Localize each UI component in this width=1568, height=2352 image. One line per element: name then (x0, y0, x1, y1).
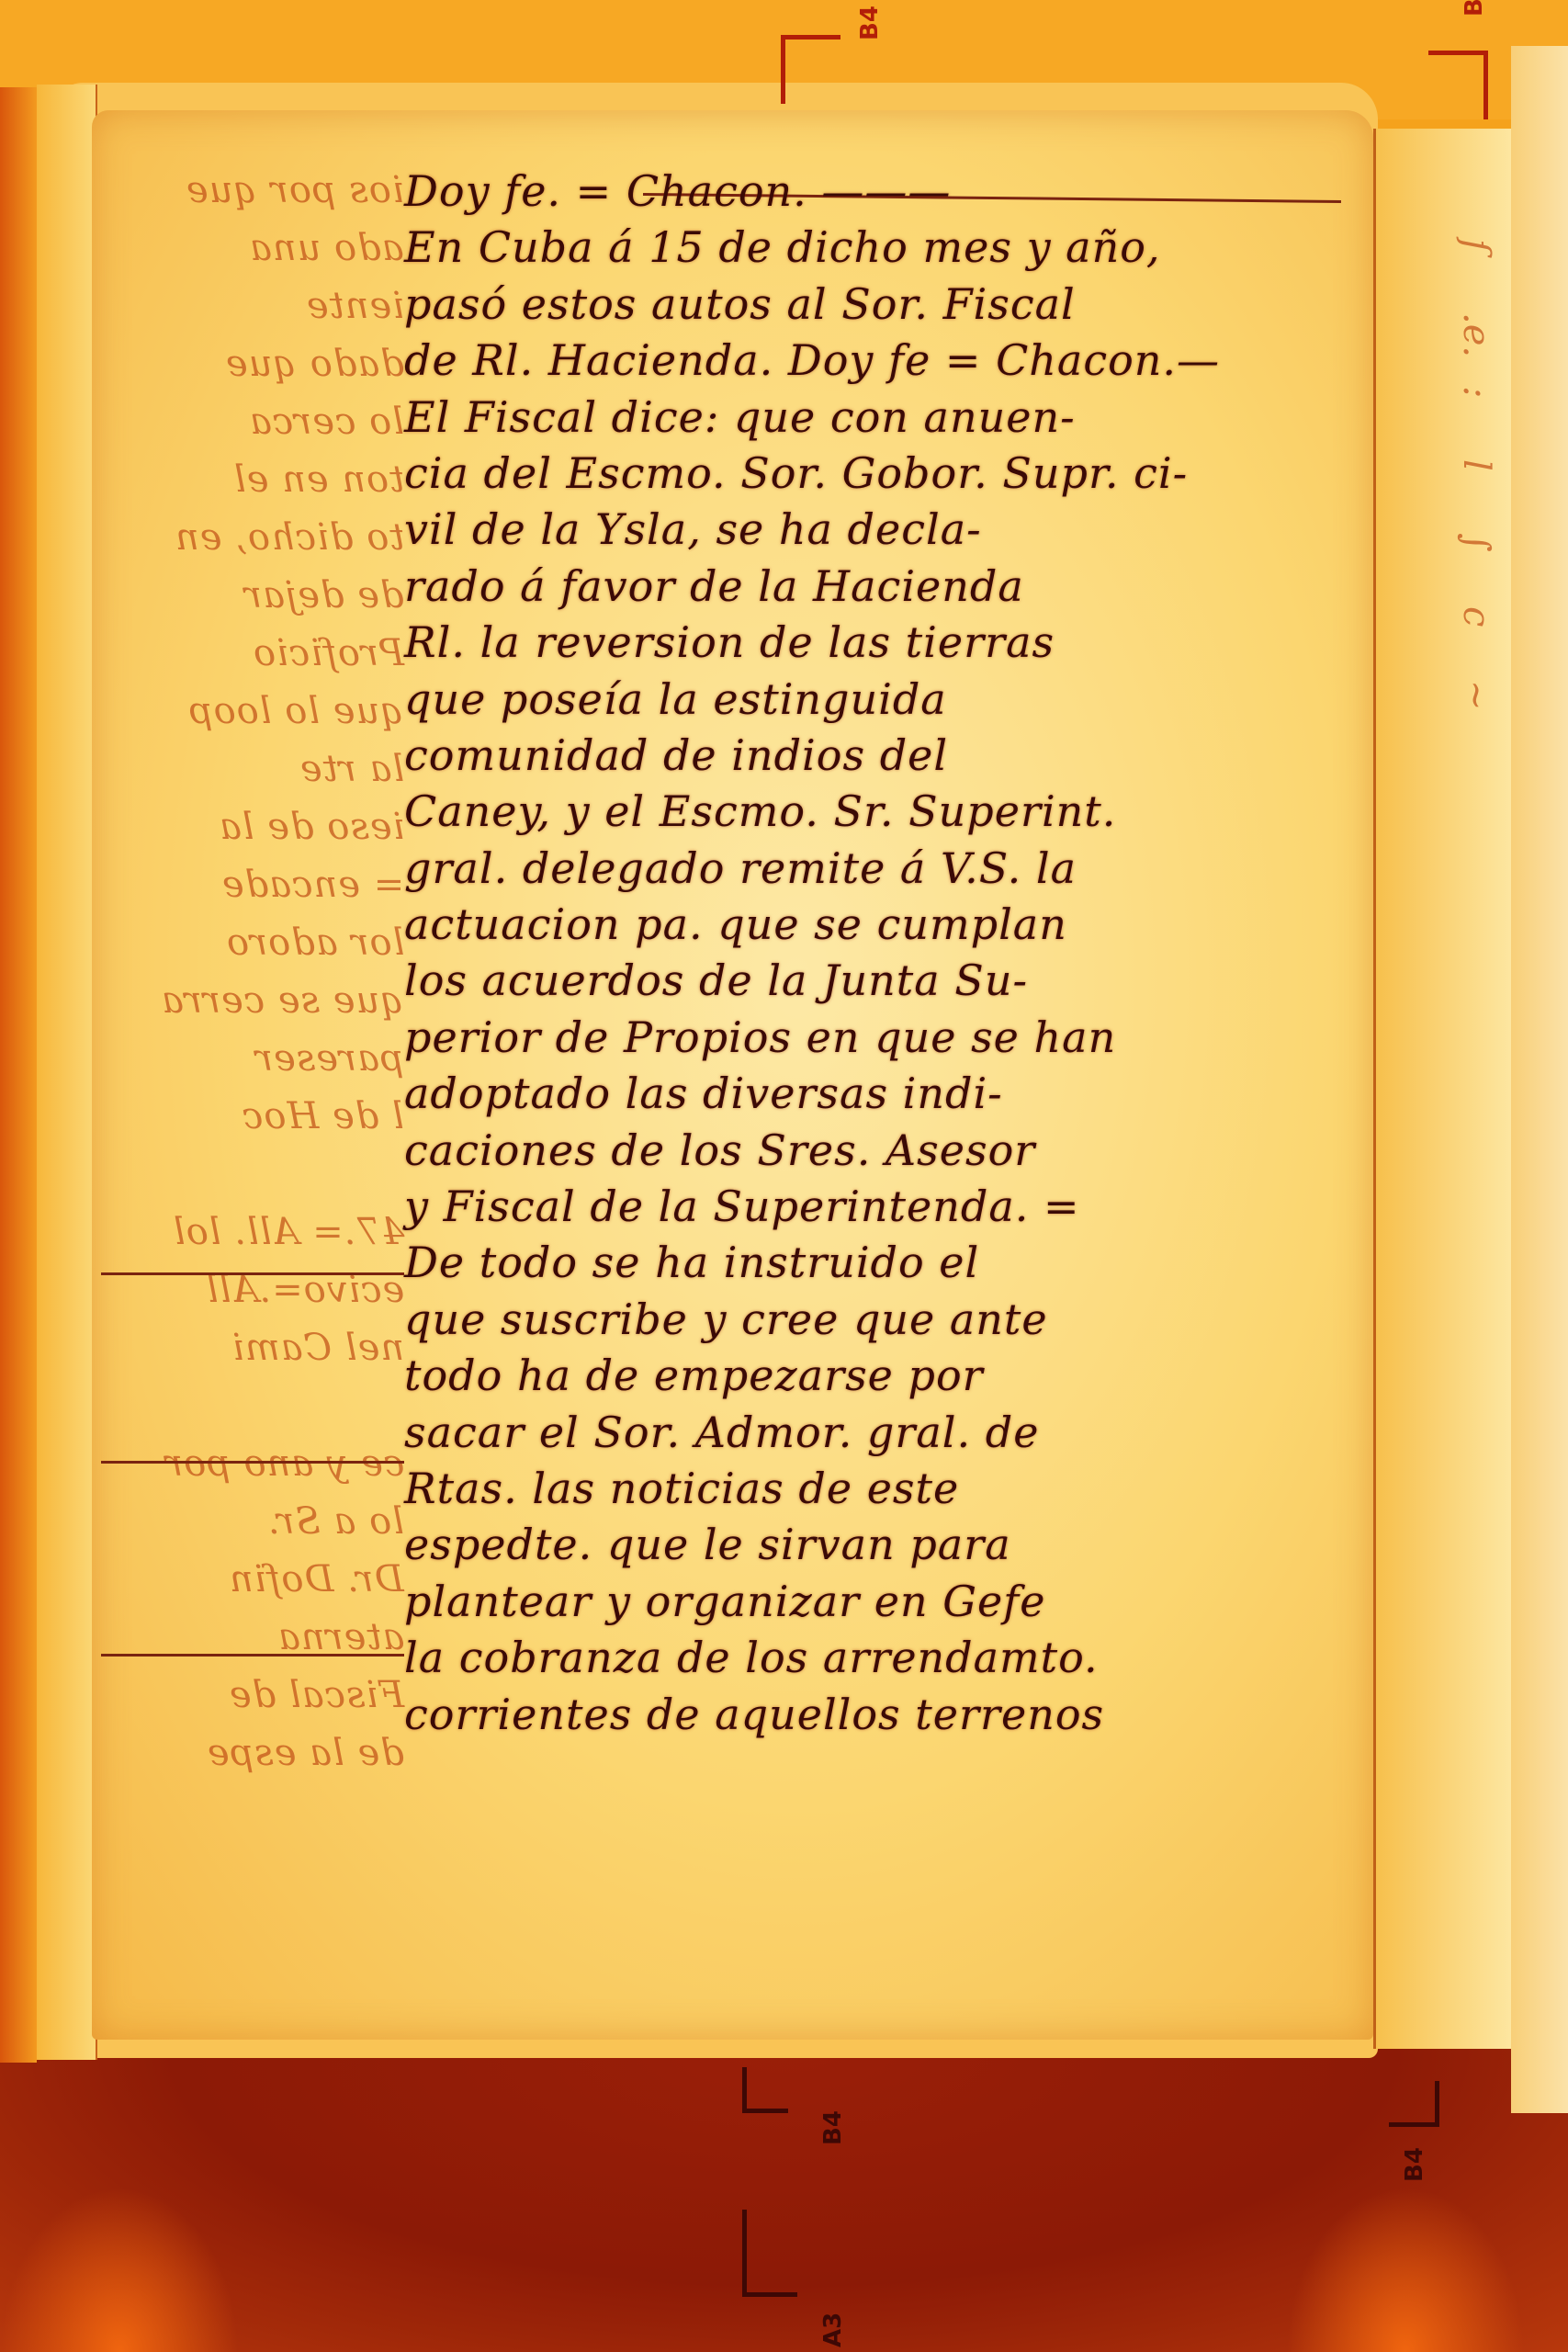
manuscript-line: Doy fe. = Chacon. ——— (404, 164, 1369, 220)
manuscript-line: plantear y organizar en Gefe (404, 1574, 1369, 1630)
manuscript-line: De todo se ha instruido el (404, 1235, 1369, 1291)
manuscript-line: que suscribe y cree que ante (404, 1292, 1369, 1348)
manuscript-line: En Cuba á 15 de dicho mes y año, (404, 220, 1369, 276)
manuscript-line: de Rl. Hacienda. Doy fe = Chacon.— (404, 333, 1369, 389)
facing-page-edge (37, 85, 97, 2060)
frame-label-bottom-left-b4: B4 (819, 2110, 847, 2145)
frame-marker-top-left (781, 35, 840, 104)
manuscript-line: adoptado las diversas indi- (404, 1066, 1369, 1122)
manuscript-line: actuacion pa. que se cumplan (404, 897, 1369, 953)
manuscript-line: gral. delegado remite á V.S. la (404, 841, 1369, 897)
manuscript-line: rado á favor de la Hacienda (404, 559, 1369, 615)
manuscript-line: Caney, y el Escmo. Sr. Superint. (404, 784, 1369, 840)
manuscript-line: los acuerdos de la Junta Su- (404, 953, 1369, 1009)
bleed-rule-line (101, 1654, 404, 1657)
manuscript-line: la cobranza de los arrendamto. (404, 1630, 1369, 1686)
manuscript-line: espedte. que le sirvan para (404, 1517, 1369, 1573)
right-edge-bleed-marks: ſ.e.:l∫c~ (1433, 230, 1488, 744)
frame-label-top-right: B (1461, 0, 1488, 17)
frame-label-bottom-left-a3: A3 (819, 2312, 847, 2347)
light-glow (0, 2187, 239, 2352)
manuscript-line: perior de Propios en que se han (404, 1010, 1369, 1066)
frame-label-top-left: B4 (856, 6, 884, 40)
bleed-rule-line (101, 1461, 404, 1464)
frame-marker-top-right (1428, 51, 1488, 119)
frame-marker-bottom-right (1389, 2081, 1439, 2127)
manuscript-line: Rtas. las noticias de este (404, 1461, 1369, 1517)
book-binding (0, 87, 37, 2063)
frame-marker-bottom-left-2 (742, 2210, 797, 2297)
manuscript-line: caciones de los Sres. Asesor (404, 1123, 1369, 1179)
manuscript-line: todo ha de empezarse por (404, 1348, 1369, 1404)
frame-label-bottom-right: B4 (1401, 2147, 1428, 2182)
manuscript-line: vil de la Ysla, se ha decla- (404, 502, 1369, 558)
frame-marker-bottom-left (742, 2067, 788, 2113)
manuscript-line: y Fiscal de la Superintenda. = (404, 1179, 1369, 1235)
bleed-rule-line (101, 1272, 404, 1275)
manuscript-line: corrientes de aquellos terrenos (404, 1687, 1369, 1743)
manuscript-line: comunidad de indios del (404, 728, 1369, 784)
light-glow (1286, 2187, 1525, 2352)
manuscript-line: Rl. la reversion de las tierras (404, 615, 1369, 671)
manuscript-text: Doy fe. = Chacon. ——— En Cuba á 15 de di… (404, 164, 1369, 1743)
manuscript-line: que poseía la estinguida (404, 672, 1369, 728)
bleed-through-text: ios por que ado una iente dado que lo ce… (101, 156, 404, 1777)
manuscript-line: pasó estos autos al Sor. Fiscal (404, 277, 1369, 333)
manuscript-line: sacar el Sor. Admor. gral. de (404, 1405, 1369, 1461)
loose-sheet-edge (1511, 46, 1568, 2113)
manuscript-line: cia del Escmo. Sor. Gobor. Supr. ci- (404, 446, 1369, 502)
manuscript-line: El Fiscal dice: que con anuen- (404, 390, 1369, 446)
